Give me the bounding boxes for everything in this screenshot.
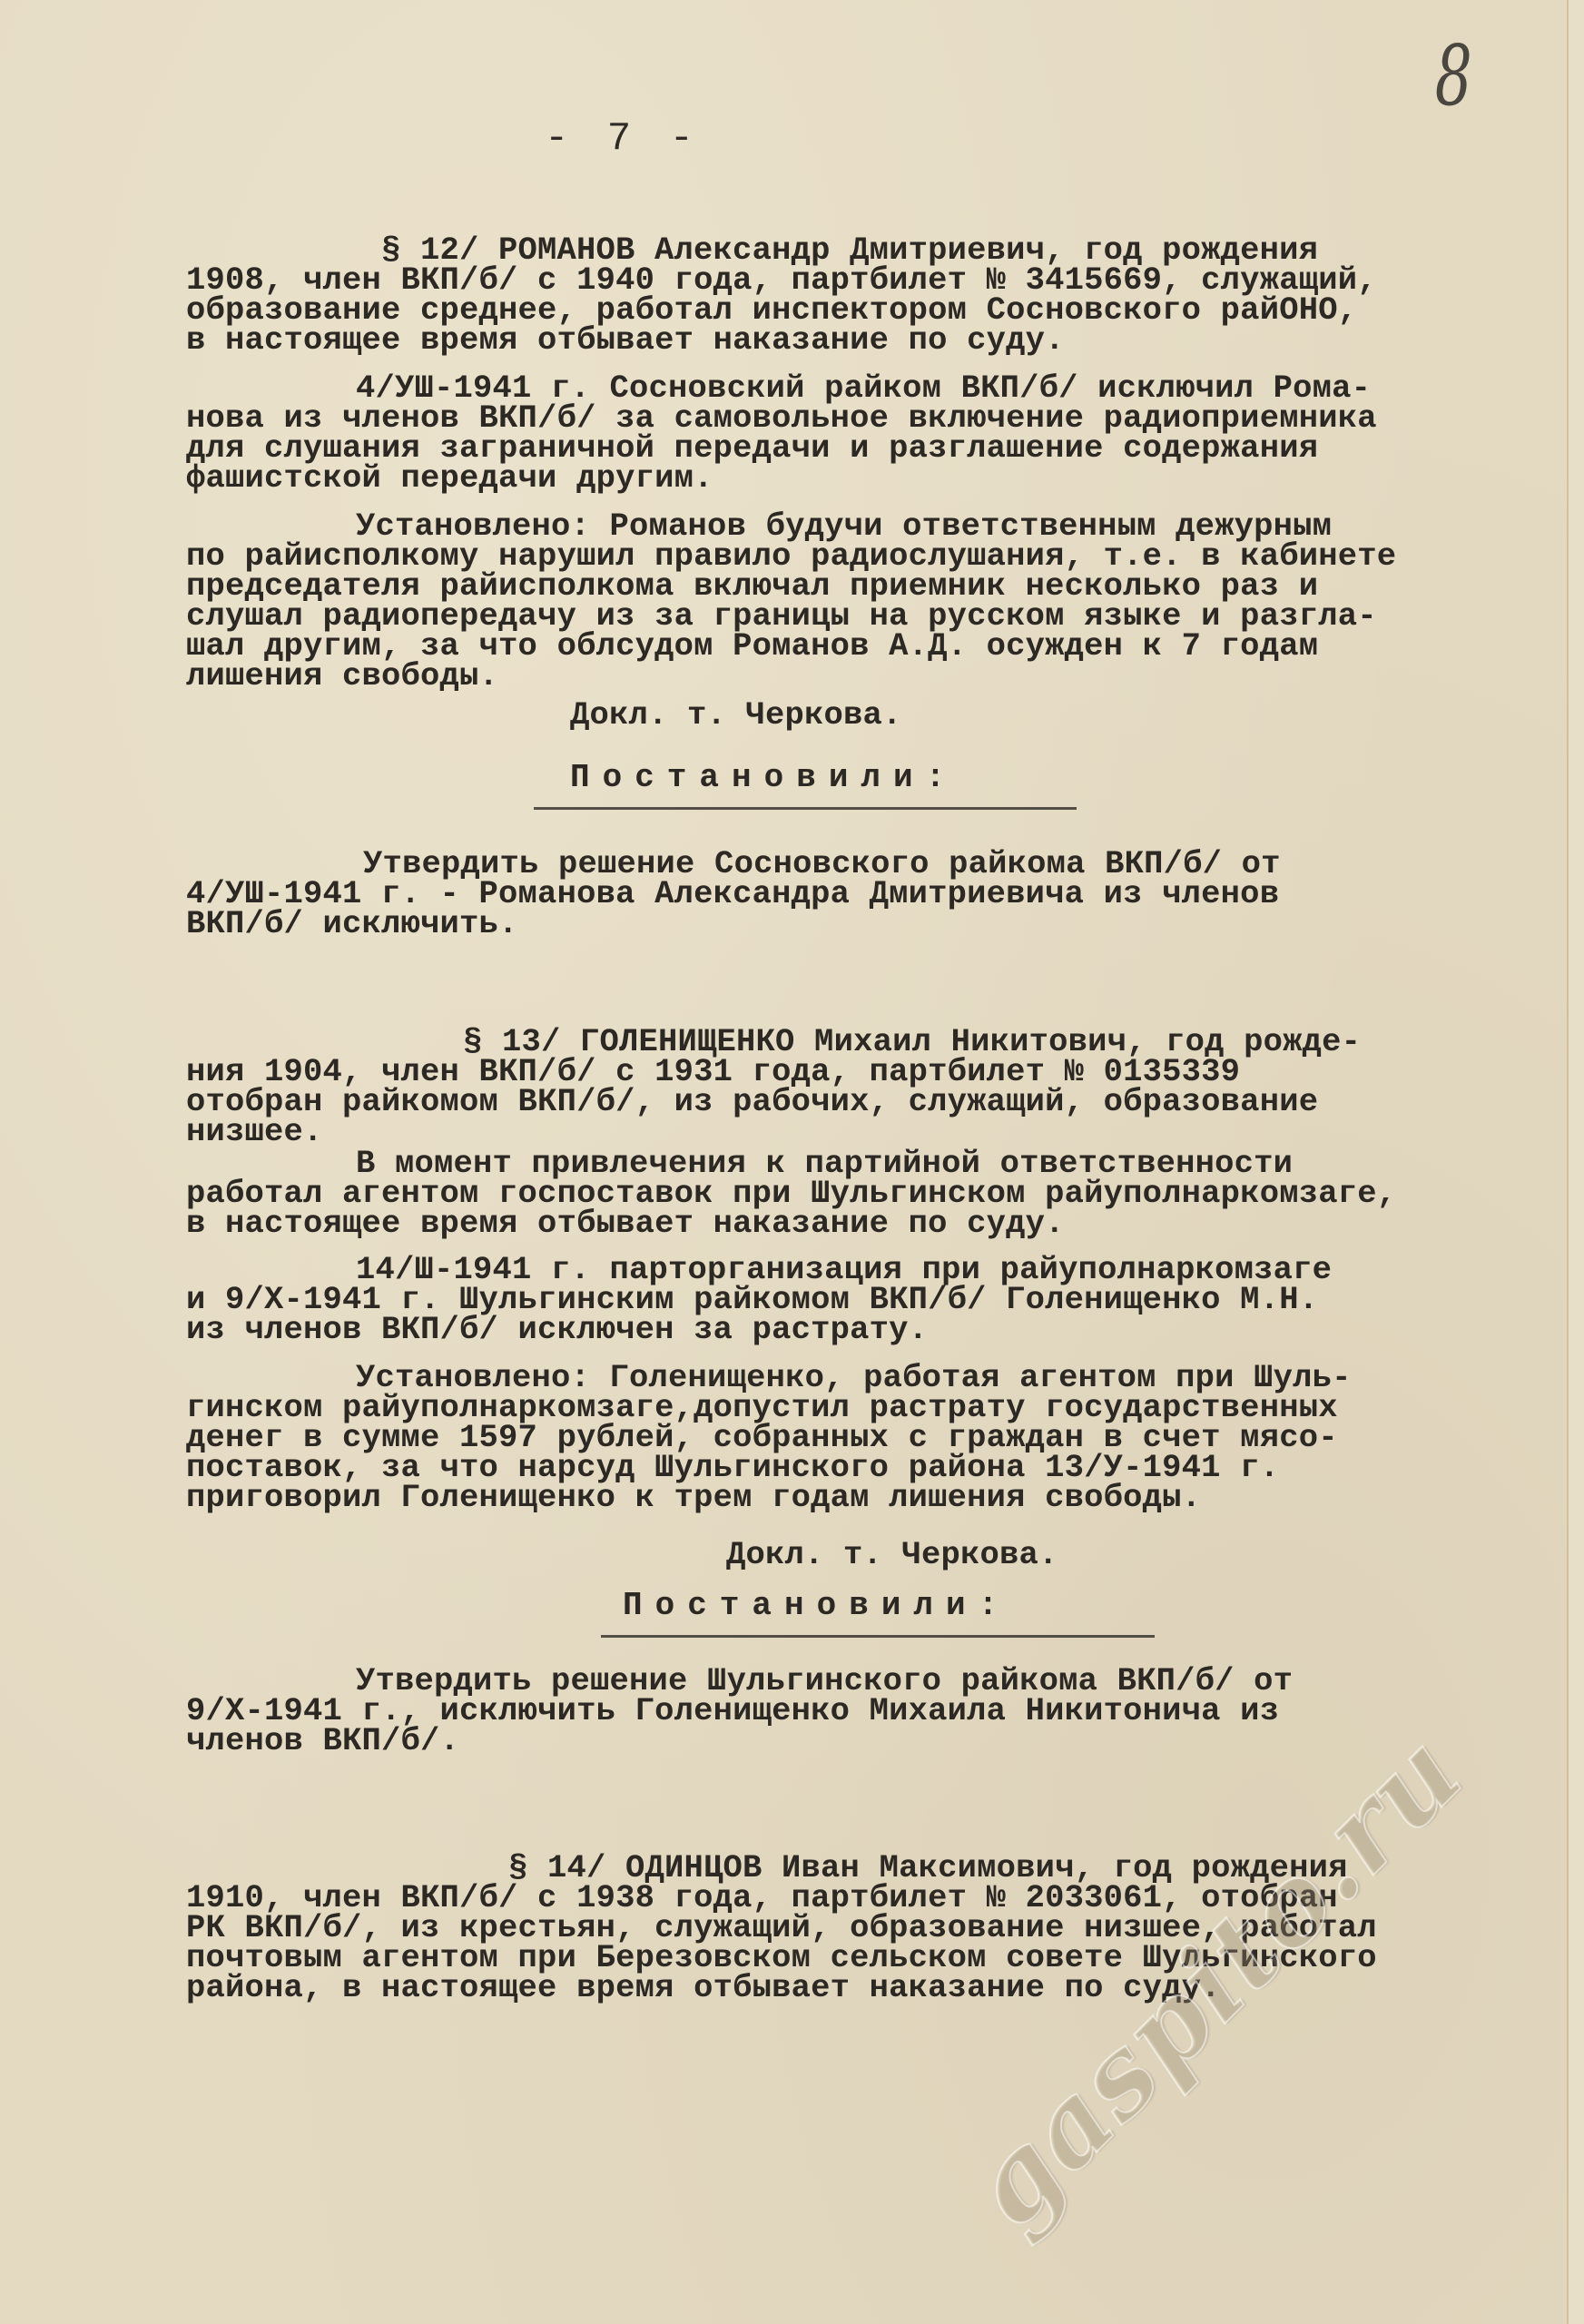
section-13-established-line: приговорил Голенищенко к трем годам лише… [186,1482,1201,1514]
handwritten-folio-number: 8 [1435,27,1472,124]
section-13-decision-line: из членов ВКП/б/ исключен за растрату. [186,1314,928,1346]
section-12-resolution-line: ВКП/б/ исключить. [186,908,518,940]
document-page: 8 - 7 - § 12/ РОМАНОВ Александр Дмитриев… [0,0,1584,2324]
section-12-decision-line: фашистской передачи другим. [186,462,713,495]
section-13-resolution-line: членов ВКП/б/. [186,1725,459,1758]
section-12-resolved-heading: Постановили: [570,759,958,796]
page-edge-strip [1569,0,1584,2324]
section-13-line: отобран райкомом ВКП/б/, из рабочих, слу… [186,1086,1318,1118]
section-13-reporter: Докл. т. Черкова. [726,1539,1058,1571]
section-12-established-line: лишения свободы. [186,660,498,693]
section-13-heading-underline [601,1635,1155,1638]
section-12-heading-underline [534,807,1077,810]
section-12-line: в настоящее время отбывает наказание по … [186,324,1065,357]
section-13-context-line: в настоящее время отбывает наказание по … [186,1207,1065,1240]
page-number: - 7 - [545,116,701,162]
section-13-resolved-heading: Постановили: [623,1587,1010,1624]
section-12-reporter: Докл. т. Черкова. [570,699,902,732]
section-14-line: района, в настоящее время отбывает наказ… [186,1972,1221,2004]
section-13-line: низшее. [186,1116,323,1148]
